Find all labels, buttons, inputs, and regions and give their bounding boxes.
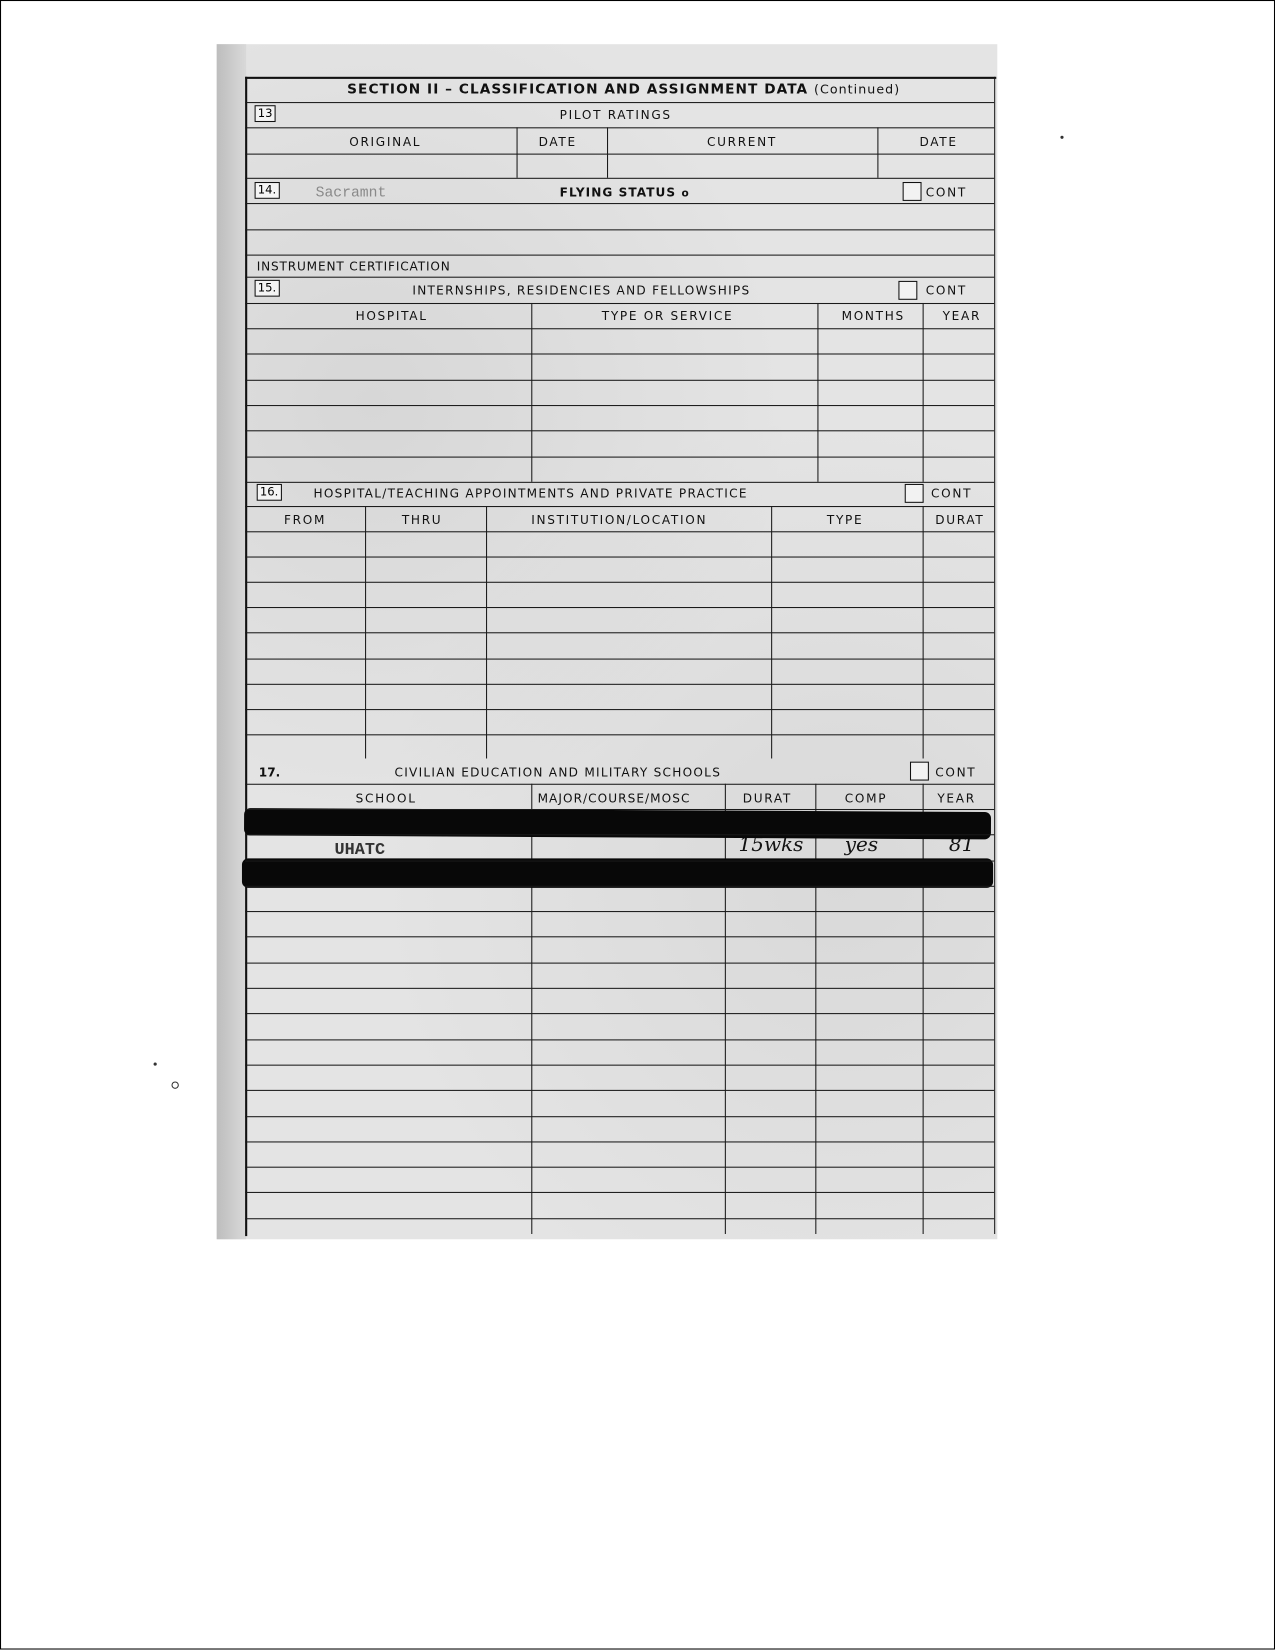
item-14-title-text: FLYING STATUS: [560, 185, 677, 200]
item-14-title: FLYING STATUS o: [560, 185, 690, 200]
row-line: [245, 936, 994, 937]
col-from: FROM: [284, 512, 326, 527]
redaction-bar: [242, 858, 993, 887]
col-durat-17: DURAT: [743, 791, 792, 806]
item-13-number: 13: [255, 105, 276, 122]
row-line: [245, 809, 994, 810]
col-original: ORIGINAL: [349, 135, 421, 150]
form-grid: [245, 77, 996, 1236]
row-line: [245, 328, 994, 329]
row-line: [245, 911, 994, 912]
item-16-title: HOSPITAL/TEACHING APPOINTMENTS AND PRIVA…: [313, 486, 747, 501]
item-16-number: 16.: [257, 484, 282, 501]
col-divider: [531, 303, 532, 482]
col-date: DATE: [539, 135, 577, 150]
speck: [154, 1063, 157, 1066]
row-line: [245, 988, 994, 989]
row-line: [245, 834, 994, 835]
col-durat: DURAT: [935, 512, 984, 527]
divider: [245, 303, 994, 304]
row-line: [245, 405, 994, 406]
col-type: TYPE: [827, 512, 863, 527]
entry-school: UHATC: [335, 841, 386, 860]
form-right-border: [994, 77, 995, 1234]
faint-text: Sacramnt: [316, 185, 387, 202]
row-line: [245, 380, 994, 381]
col-institution-location: INSTITUTION/LOCATION: [531, 512, 707, 527]
row-line: [245, 1065, 994, 1066]
col-divider: [817, 303, 818, 482]
divider: [245, 203, 994, 204]
item-17-cont-checkbox[interactable]: [910, 762, 929, 781]
row-line: [245, 963, 994, 964]
row-line: [245, 457, 994, 458]
section-title: SECTION II – CLASSIFICATION AND ASSIGNME…: [347, 82, 900, 98]
divider: [245, 506, 994, 507]
col-divider: [517, 127, 518, 177]
row-line: [245, 684, 994, 685]
row-line: [245, 1218, 994, 1219]
item-14-cont-label: CONT: [926, 185, 967, 200]
item-14-number: 14.: [255, 182, 280, 199]
row-line: [245, 353, 994, 354]
item-14-title-mark: o: [681, 188, 689, 200]
col-thru: THRU: [402, 512, 442, 527]
divider: [245, 277, 994, 278]
divider: [245, 102, 994, 103]
row-line: [245, 607, 994, 608]
item-17-number: 17.: [259, 765, 280, 780]
col-divider: [877, 127, 878, 177]
row-line: [245, 531, 994, 532]
item-15-cont-label: CONT: [926, 283, 967, 298]
item-17-title: CIVILIAN EDUCATION AND MILITARY SCHOOLS: [395, 765, 722, 780]
instrument-certification-label: INSTRUMENT CERTIFICATION: [257, 259, 451, 274]
row-line: [245, 632, 994, 633]
row-line: [245, 1141, 994, 1142]
divider: [245, 255, 994, 256]
divider: [245, 178, 994, 179]
row-line: [245, 1167, 994, 1168]
item-15-number: 15.: [255, 280, 280, 297]
section-title-suffix: (Continued): [814, 82, 900, 97]
item-15-cont-checkbox[interactable]: [898, 281, 917, 300]
page: SECTION II – CLASSIFICATION AND ASSIGNME…: [0, 0, 1275, 1650]
row-line: [245, 709, 994, 710]
col-school: SCHOOL: [356, 791, 417, 806]
col-type-or-service: TYPE OR SERVICE: [602, 308, 734, 323]
row-line: [245, 1013, 994, 1014]
divider: [245, 229, 994, 230]
col-divider: [607, 127, 608, 177]
divider: [245, 154, 994, 155]
speck: [1060, 136, 1063, 139]
row-line: [245, 557, 994, 558]
item-15-title: INTERNSHIPS, RESIDENCIES AND FELLOWSHIPS: [412, 283, 750, 298]
col-months: MONTHS: [842, 308, 905, 323]
section-title-text: SECTION II – CLASSIFICATION AND ASSIGNME…: [347, 82, 808, 98]
row-line: [245, 734, 994, 735]
speck-ring: [171, 1081, 178, 1088]
divider: [245, 127, 994, 128]
col-year-17: YEAR: [937, 791, 975, 806]
divider: [245, 784, 994, 785]
row-line: [245, 1192, 994, 1193]
col-divider: [923, 303, 924, 482]
row-line: [245, 659, 994, 660]
row-line: [245, 1039, 994, 1040]
row-line: [245, 482, 994, 483]
row-line: [245, 582, 994, 583]
row-line: [245, 861, 994, 862]
col-date-current: DATE: [919, 135, 957, 150]
col-current: CURRENT: [707, 135, 777, 150]
row-line: [245, 1090, 994, 1091]
item-13-title: PILOT RATINGS: [560, 107, 672, 122]
item-16-cont-checkbox[interactable]: [905, 484, 924, 503]
item-16-cont-label: CONT: [931, 486, 972, 501]
col-year: YEAR: [943, 308, 981, 323]
col-hospital: HOSPITAL: [356, 308, 428, 323]
col-comp: COMP: [845, 791, 887, 806]
item-17-cont-label: CONT: [935, 765, 976, 780]
row-line: [245, 430, 994, 431]
item-14-cont-checkbox[interactable]: [903, 182, 922, 201]
col-major-course-mosc: MAJOR/COURSE/MOSC: [538, 791, 691, 806]
row-line: [245, 886, 994, 887]
row-line: [245, 1116, 994, 1117]
